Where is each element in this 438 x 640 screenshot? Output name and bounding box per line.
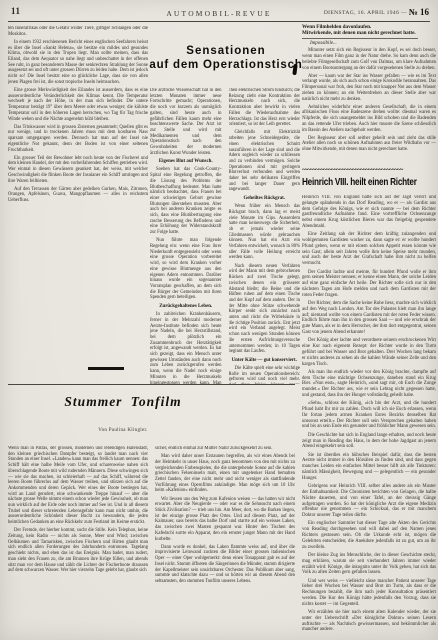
article-paragraph: Gleichfalls mit Elektrizität arbeiten je…	[229, 130, 301, 193]
article-paragraph: Sie ist überdies ein hübsches Beispiel d…	[302, 453, 436, 482]
article-paragraph: Der Regisseur aber soll seither geheilt …	[302, 136, 436, 153]
article-paragraph: Und wer weiss — vielleicht sässe mancher…	[302, 579, 436, 608]
bottom-article-headline: Stummer Tonfilm	[8, 394, 238, 410]
article-paragraph: Man wird daher unser Erstaunen begreifen…	[155, 454, 295, 494]
article-paragraph: Wenn man in Patras, der grossen, moderne…	[8, 446, 148, 526]
header-rule	[8, 21, 430, 22]
article-paragraph: Auf den Terrassen der Gärten aber gedeih…	[8, 187, 148, 204]
article-paragraph: Der kleine Zug ins Menschliche, der in d…	[302, 553, 436, 576]
center-article-headline: Sensationen auf dem Operationstisch	[142, 44, 310, 72]
article-paragraph: Soeben hat das Cook-County-Spital eine R…	[150, 167, 222, 235]
dateline-dash: —	[401, 10, 407, 16]
article-paragraph: In zahlreichen Krankenhäusern, ferner in…	[150, 312, 222, 384]
article-paragraph: Der Fremde, der hierher kommt, sucht die…	[8, 528, 148, 574]
section-divider-rule	[8, 384, 295, 385]
article-subhead: Unter Kälte — gut konserviert.	[229, 358, 301, 364]
article-paragraph: Nach diesem neuen Verfahren wird der Man…	[229, 264, 301, 355]
article-end-mark	[88, 367, 124, 370]
article-subhead: Eigenes Blut auf Wunsch.	[150, 159, 222, 165]
center-column-a: Die ärztliche Wissenschaft hat in den le…	[150, 88, 222, 384]
article-paragraph: Wir liessen uns den Weg zum Kafenion wei…	[155, 497, 295, 543]
issue-number: № 16	[409, 7, 429, 17]
article-paragraph: ten Innerafrikas oder die Gefahr wilder …	[8, 26, 148, 37]
article-paragraph: In einem 1932 erschienenen Bericht eines…	[8, 40, 148, 86]
article-paragraph: Die Geschichte hat sich in England lange…	[302, 433, 436, 450]
wavy-separator: ~~~~~~~~~~~~~~~~~~~~~~~~~~~~~~~~~~~~~~	[302, 166, 436, 174]
article-paragraph: Als man ihn endlich wieder vor den König…	[302, 370, 436, 399]
newspaper-page: 11 AUTOMOBIL-REVUE DIENSTAG, 16. APRIL 1…	[0, 0, 438, 640]
film-article: Wenn Filmhelden davonlaufen. Mitwirkende…	[302, 24, 436, 166]
dateline: DIENSTAG, 16. APRIL 1946 — № 16	[324, 7, 429, 17]
article-paragraph: Uebrigens war Heinrich VIII. selber alle…	[302, 484, 436, 519]
heinrich-article-body: Heinrich VIII. von England hatte sich au…	[302, 195, 436, 635]
article-paragraph: Wenn früher ein Mensch das Rückgrat brac…	[229, 204, 301, 261]
article-paragraph: Der Richter, dem die Sache keine Ruhe li…	[302, 301, 436, 336]
issue-date: DIENSTAG, 16. APRIL 1946	[324, 10, 399, 16]
article-paragraph: sicher, endlich einmal zur Mutter Natur …	[155, 446, 295, 452]
article-paragraph: Ein englischer Sammler hat dieser Tage a…	[302, 521, 436, 550]
article-paragraph: Das Trinkwasser wird in grossen Zisterne…	[8, 125, 148, 154]
article-paragraph: Eine Zeitlang sah der Richter dem kräfti…	[302, 232, 436, 267]
headline-line-1: Sensationen	[142, 44, 310, 59]
article-paragraph: Heinrich VIII. von England hatte sich au…	[302, 195, 436, 230]
bottom-column-a: Wenn man in Patras, der grossen, moderne…	[8, 446, 148, 637]
article-paragraph: Ein grosser Teil der Bewohner lebt noch …	[8, 156, 148, 185]
ink-blot-artifact	[292, 64, 297, 75]
article-paragraph: Eine grosse Merkwürdigkeit des Eilandes …	[8, 88, 148, 122]
article-paragraph: Aber — kaum war der Star ins Wasser gefa…	[302, 74, 436, 103]
article-paragraph: Nun führte man folgende Regelung ein: we…	[150, 238, 222, 301]
center-article-columns: Die ärztliche Wissenschaft hat in den le…	[150, 88, 300, 384]
bottom-article-columns: Wenn man in Patras, der grossen, moderne…	[8, 446, 295, 637]
article-paragraph: Dann wurde es dunkel, das Laken flammte …	[155, 545, 295, 585]
article-paragraph: Aehnliches widerfuhr einer anderen Gesel…	[302, 105, 436, 134]
article-paragraph: Mitunter setzt sich ein Regisseur in den…	[302, 48, 436, 71]
lead-divider-rule	[302, 38, 418, 39]
bottom-column-b: sicher, endlich einmal zur Mutter Natur …	[155, 446, 295, 637]
film-lead-line-2: Mitwirkende, mit denen man nicht gerechn…	[302, 30, 436, 36]
article-subhead: Geheiltes Rückgrat.	[229, 196, 301, 202]
article-paragraph: Die ärztliche Wissenschaft hat in den le…	[150, 88, 222, 156]
article-paragraph: Der König aber lachte und verordnete sei…	[302, 338, 436, 367]
heinrich-article-headline: Heinrich VIII. heilt einen Richter	[302, 177, 412, 188]
article-subhead: Zurückgehaltenes Leben.	[150, 304, 222, 310]
article-paragraph: Der Gardist lachte und meinte, für hunde…	[302, 270, 436, 299]
bottom-article-byline: Von Paulina Klingler.	[8, 428, 238, 433]
headline-line-2: auf dem Operationstisch	[142, 59, 310, 72]
left-column-article: ten Innerafrikas oder die Gefahr wilder …	[8, 26, 148, 364]
center-column-b: chen elektrischen Strom hindurch; die Re…	[229, 88, 301, 384]
article-paragraph: Wir erzählen sie hier nach einem alten K…	[302, 610, 436, 633]
film-subhead-italic: Impossibile...	[302, 41, 436, 46]
article-paragraph: «Seht», schloss der König, «ich bin der …	[302, 401, 436, 430]
article-paragraph: Die Kälte spielt eine sehr wichtige Roll…	[229, 366, 301, 384]
article-paragraph: chen elektrischen Strom hindurch; die Re…	[229, 88, 301, 128]
